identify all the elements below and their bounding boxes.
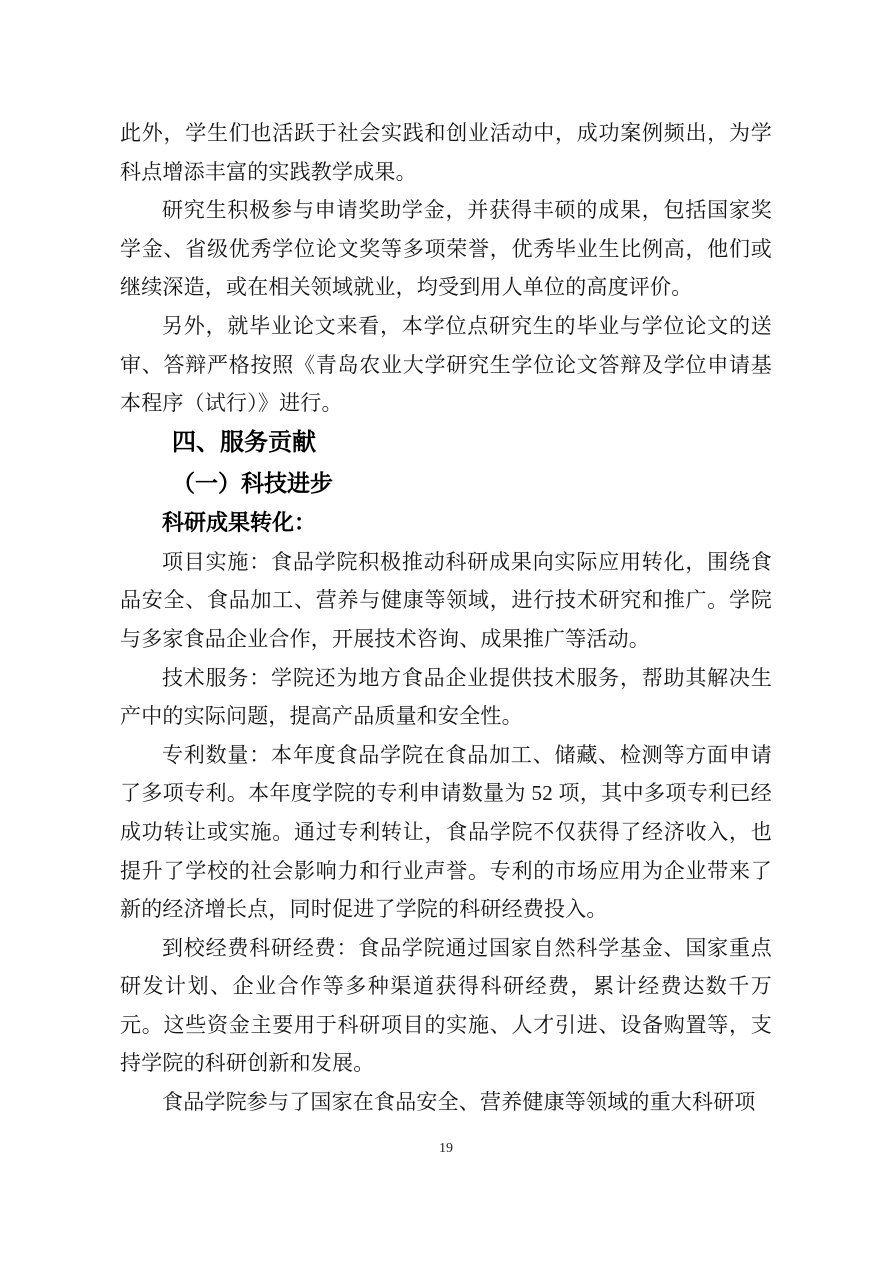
page-body: 此外，学生们也活跃于社会实践和创业活动中，成功案例频出，为学科点增添丰富的实践教… <box>120 114 772 1122</box>
paragraph-research-funding: 到校经费科研经费：食品学院通过国家自然科学基金、国家重点研发计划、企业合作等多种… <box>120 929 772 1083</box>
heading-research-achievement-transfer: 科研成果转化： <box>120 503 772 543</box>
page-number: 19 <box>0 1141 892 1157</box>
document-page: 此外，学生们也活跃于社会实践和创业活动中，成功案例频出，为学科点增添丰富的实践教… <box>0 0 892 1261</box>
paragraph-practice-achievements: 此外，学生们也活跃于社会实践和创业活动中，成功案例频出，为学科点增添丰富的实践教… <box>120 114 772 191</box>
paragraph-project-implementation: 项目实施：食品学院积极推动科研成果向实际应用转化，围绕食品安全、食品加工、营养与… <box>120 543 772 659</box>
paragraph-patent-count: 专利数量：本年度食品学院在食品加工、储藏、检测等方面申请了多项专利。本年度学院的… <box>120 736 772 929</box>
paragraph-thesis-defense-procedure: 另外，就毕业论文来看，本学位点研究生的毕业与学位论文的送审、答辩严格按照《青岛农… <box>120 307 772 423</box>
heading-section-service-contribution: 四、服务贡献 <box>120 423 772 463</box>
paragraph-scholarship-honors: 研究生积极参与申请奖助学金，并获得丰硕的成果，包括国家奖学金、省级优秀学位论文奖… <box>120 191 772 307</box>
paragraph-technical-service: 技术服务：学院还为地方食品企业提供技术服务，帮助其解决生产中的实际问题，提高产品… <box>120 659 772 736</box>
paragraph-national-projects-partial: 食品学院参与了国家在食品安全、营养健康等领域的重大科研项 <box>120 1083 772 1122</box>
heading-subsection-sci-tech-progress: （一）科技进步 <box>120 463 772 503</box>
